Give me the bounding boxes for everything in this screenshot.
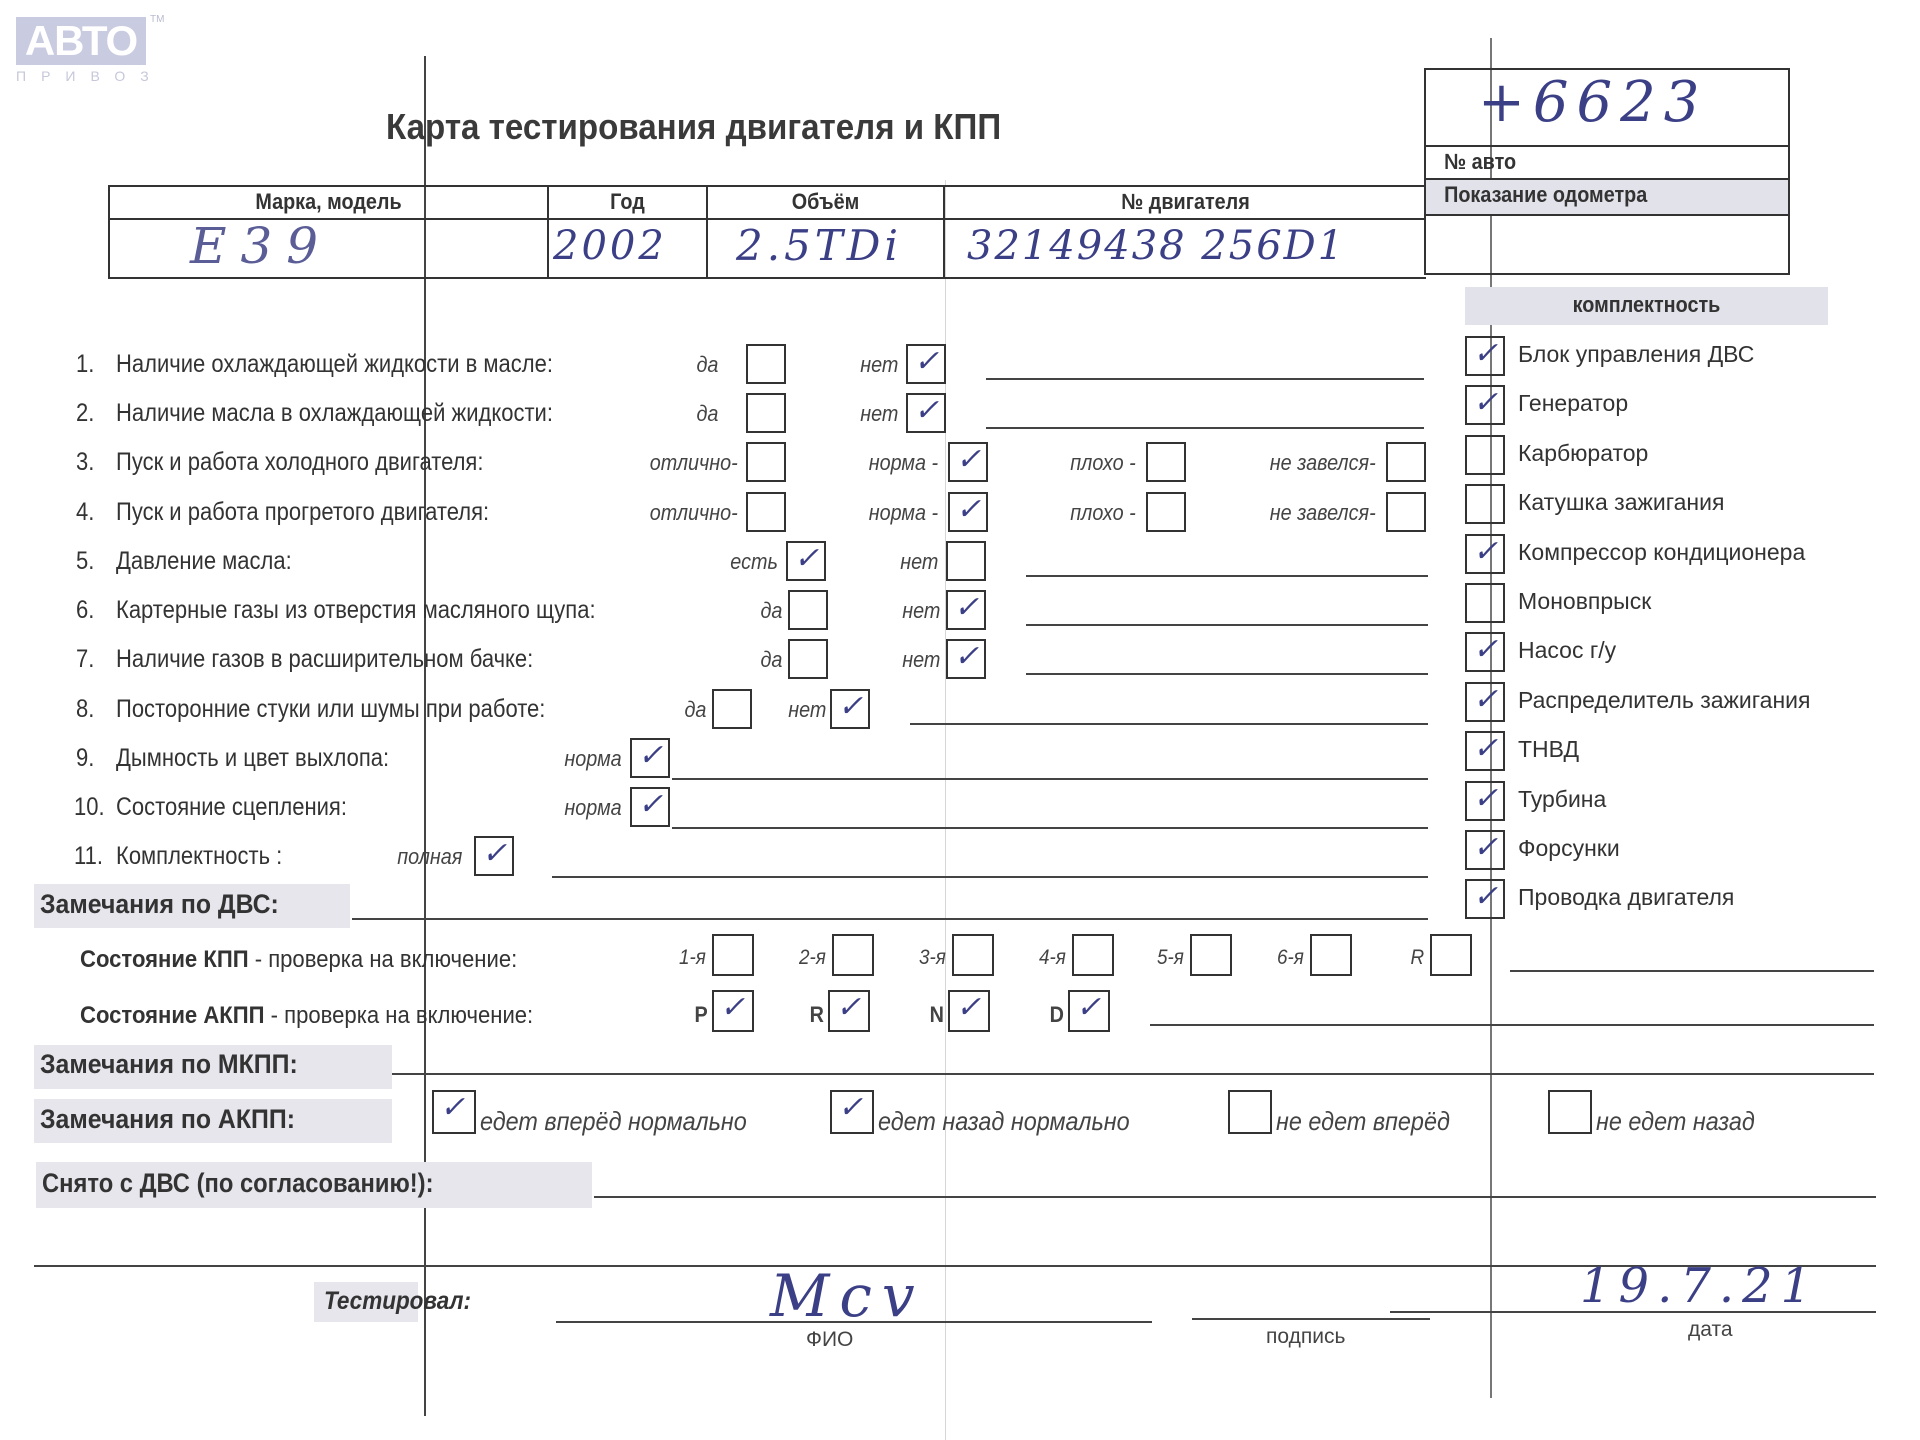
check-mark-icon: ✓ (1473, 534, 1498, 569)
option-checkbox[interactable]: ✓ (786, 541, 826, 581)
engine-remarks-label: Замечания по ДВС: (40, 889, 279, 920)
fio-label: ФИО (806, 1328, 853, 1352)
check-mark-icon: ✓ (1473, 731, 1498, 766)
make-model-value[interactable]: E39 (190, 217, 332, 275)
check-mark-icon: ✓ (638, 787, 663, 822)
gear-label: 3-я (919, 946, 946, 970)
manual-gearbox-label: Состояние КПП - проверка на включение: (80, 946, 517, 974)
check-mark-icon: ✓ (1473, 632, 1498, 667)
question-text: Состояние сцепления: (116, 793, 347, 822)
question-number: 2. (76, 399, 94, 428)
check-mark-icon: ✓ (482, 836, 507, 871)
check-mark-icon: ✓ (1473, 682, 1498, 717)
completeness-checkbox[interactable]: ✓ (1465, 879, 1505, 919)
completeness-checkbox[interactable]: ✓ (1465, 534, 1505, 574)
car-number-label: № авто (1444, 147, 1770, 177)
option-label: да (696, 352, 718, 378)
date-value: 19.7.21 (1580, 1258, 1819, 1314)
gear-label: R (1410, 946, 1424, 970)
odometer-label: Показание одометра (1444, 180, 1770, 210)
option-checkbox[interactable]: ✓ (630, 787, 670, 827)
gear-checkbox[interactable] (952, 934, 994, 976)
option-checkbox[interactable] (746, 344, 786, 384)
question-text: Давление масла: (116, 547, 292, 576)
akpp-remark-checkbox[interactable] (1228, 1090, 1272, 1134)
option-checkbox[interactable] (1386, 442, 1426, 482)
engine-number-value[interactable]: 32149438 256D1 (967, 223, 1345, 269)
vehicle-table: Марка, модель E39 Год 2002 Объём 2.5TDi … (108, 185, 1426, 279)
question-notes-field[interactable] (1026, 575, 1428, 577)
check-mark-icon: ✓ (914, 393, 939, 428)
logo: АВТО (16, 17, 146, 65)
question-text: Пуск и работа прогретого двигателя: (116, 498, 489, 527)
option-label: отлично- (650, 500, 738, 526)
fio-signature-value: Мсv (770, 1262, 925, 1330)
completeness-checkbox[interactable]: ✓ (1465, 830, 1505, 870)
option-label: да (760, 647, 782, 673)
option-label: норма - (869, 500, 938, 526)
option-label: есть (730, 549, 778, 575)
option-checkbox[interactable]: ✓ (946, 590, 986, 630)
gear-checkbox[interactable]: ✓ (712, 990, 754, 1032)
question-notes-field[interactable] (910, 723, 1428, 725)
question-text: Наличие масла в охлаждающей жидкости: (116, 399, 553, 428)
option-label: нет (902, 647, 940, 673)
question-notes-field[interactable] (552, 876, 1428, 878)
completeness-checkbox[interactable]: ✓ (1465, 336, 1505, 376)
check-mark-icon: ✓ (1473, 385, 1498, 420)
check-mark-icon: ✓ (838, 1090, 863, 1125)
gear-label: 5-я (1157, 946, 1184, 970)
option-checkbox[interactable]: ✓ (906, 344, 946, 384)
option-checkbox[interactable] (1146, 492, 1186, 532)
question-notes-field[interactable] (1026, 673, 1428, 675)
option-checkbox[interactable]: ✓ (948, 442, 988, 482)
removed-label: Снято с ДВС (по согласованию!): (42, 1168, 434, 1199)
option-checkbox[interactable]: ✓ (630, 738, 670, 778)
completeness-checkbox[interactable]: ✓ (1465, 781, 1505, 821)
check-mark-icon: ✓ (836, 990, 861, 1025)
completeness-title: комплектность (1483, 290, 1810, 320)
completeness-item-label: ТНВД (1518, 736, 1579, 763)
auto-gearbox-label: Состояние АКПП - проверка на включение: (80, 1002, 533, 1030)
completeness-checkbox[interactable]: ✓ (1465, 731, 1505, 771)
option-checkbox[interactable] (712, 689, 752, 729)
completeness-item-label: Моновпрыск (1518, 588, 1651, 615)
gear-label: 6-я (1277, 946, 1304, 970)
gear-label: 4-я (1039, 946, 1066, 970)
completeness-checkbox[interactable] (1465, 583, 1505, 623)
check-mark-icon: ✓ (838, 689, 863, 724)
engine-remarks-field[interactable] (352, 918, 1428, 920)
completeness-checkbox[interactable]: ✓ (1465, 385, 1505, 425)
completeness-item-label: Проводка двигателя (1518, 884, 1734, 911)
manual-gearbox-notes[interactable] (1510, 970, 1874, 972)
akpp-remark-checkbox[interactable]: ✓ (432, 1090, 476, 1134)
odometer-field[interactable] (1426, 214, 1788, 274)
tested-by-label: Тестировал: (324, 1287, 471, 1316)
mkpp-remarks-label: Замечания по МКПП: (40, 1049, 298, 1080)
check-mark-icon: ✓ (440, 1090, 465, 1125)
akpp-remark-label: едет назад нормально (878, 1106, 1130, 1137)
gear-checkbox[interactable]: ✓ (828, 990, 870, 1032)
option-checkbox[interactable] (746, 492, 786, 532)
question-number: 3. (76, 448, 94, 477)
question-number: 5. (76, 547, 94, 576)
question-text: Наличие газов в расширительном бачке: (116, 645, 533, 674)
question-number: 4. (76, 498, 94, 527)
check-mark-icon: ✓ (1473, 781, 1498, 816)
logo-trademark: TM (150, 14, 164, 25)
akpp-remark-checkbox[interactable]: ✓ (830, 1090, 874, 1134)
question-number: 7. (76, 645, 94, 674)
question-text: Дымность и цвет выхлопа: (116, 744, 389, 773)
completeness-item-label: Карбюратор (1518, 440, 1648, 467)
akpp-remarks-label: Замечания по АКПП: (40, 1104, 295, 1135)
completeness-checkbox[interactable]: ✓ (1465, 632, 1505, 672)
option-label: норма - (869, 450, 938, 476)
question-notes-field[interactable] (986, 378, 1424, 380)
col-engine-number: № двигателя 32149438 256D1 (945, 187, 1426, 277)
check-mark-icon: ✓ (720, 990, 745, 1025)
option-label: нет (860, 352, 898, 378)
check-mark-icon: ✓ (1076, 990, 1101, 1025)
gear-checkbox[interactable] (1310, 934, 1352, 976)
question-number: 8. (76, 695, 94, 724)
check-mark-icon: ✓ (1473, 879, 1498, 914)
option-label: не завелся- (1270, 500, 1376, 526)
check-mark-icon: ✓ (914, 344, 939, 379)
question-text: Наличие охлаждающей жидкости в масле: (116, 350, 553, 379)
option-checkbox[interactable] (788, 639, 828, 679)
completeness-item-label: Насос г/у (1518, 637, 1616, 664)
option-label: да (684, 697, 706, 723)
gear-label: R (810, 1002, 824, 1028)
option-checkbox[interactable]: ✓ (906, 393, 946, 433)
question-text: Пуск и работа холодного двигателя: (116, 448, 483, 477)
akpp-remark-label: едет вперёд нормально (480, 1106, 747, 1137)
col-volume: Объём 2.5TDi (708, 187, 945, 277)
gear-checkbox[interactable]: ✓ (948, 990, 990, 1032)
option-label: нет (788, 697, 826, 723)
gear-checkbox[interactable]: ✓ (1068, 990, 1110, 1032)
option-label: плохо - (1071, 450, 1136, 476)
completeness-checkbox[interactable] (1465, 435, 1505, 475)
option-checkbox[interactable]: ✓ (830, 689, 870, 729)
date-label: дата (1688, 1318, 1733, 1342)
col-year: Год 2002 (549, 187, 708, 277)
volume-value[interactable]: 2.5TDi (736, 221, 902, 270)
completeness-item-label: Катушка зажигания (1518, 489, 1724, 516)
completeness-item-label: Распределитель зажигания (1518, 687, 1810, 714)
check-mark-icon: ✓ (1473, 830, 1498, 865)
completeness-item-label: Компрессор кондиционера (1518, 539, 1805, 566)
page-title: Карта тестирования двигателя и КПП (386, 106, 1001, 148)
option-checkbox[interactable]: ✓ (946, 639, 986, 679)
car-number-value[interactable]: +6623 (1478, 70, 1707, 135)
option-label: нет (902, 598, 940, 624)
option-label: нет (900, 549, 938, 575)
gear-checkbox[interactable] (1072, 934, 1114, 976)
option-checkbox[interactable] (1146, 442, 1186, 482)
gear-label: 1-я (679, 946, 706, 970)
mkpp-remarks-field[interactable] (392, 1073, 1874, 1075)
check-mark-icon: ✓ (794, 541, 819, 576)
question-text: Картерные газы из отверстия масляного щу… (116, 596, 596, 625)
check-mark-icon: ✓ (956, 442, 981, 477)
question-number: 10. (74, 793, 105, 822)
col-make-model: Марка, модель E39 (110, 187, 549, 277)
gear-checkbox[interactable] (832, 934, 874, 976)
option-label: плохо - (1071, 500, 1136, 526)
check-mark-icon: ✓ (1473, 336, 1498, 371)
option-checkbox[interactable] (746, 393, 786, 433)
gear-label: N (930, 1002, 944, 1028)
question-number: 9. (76, 744, 94, 773)
question-notes-field[interactable] (986, 427, 1424, 429)
gear-label: 2-я (799, 946, 826, 970)
option-label: норма (565, 795, 622, 821)
option-label: да (760, 598, 782, 624)
akpp-remark-label: не едет назад (1596, 1106, 1755, 1137)
question-text: Посторонние стуки или шумы при работе: (116, 695, 545, 724)
gear-label: P (695, 1002, 708, 1028)
check-mark-icon: ✓ (638, 738, 663, 773)
completeness-item-label: Турбина (1518, 786, 1606, 813)
check-mark-icon: ✓ (956, 990, 981, 1025)
auto-gearbox-notes[interactable] (1150, 1024, 1874, 1026)
gear-label: D (1050, 1002, 1064, 1028)
car-number-box: +6623 № авто Показание одометра (1424, 68, 1790, 275)
gear-checkbox[interactable] (712, 934, 754, 976)
completeness-item-label: Блок управления ДВС (1518, 341, 1754, 368)
check-mark-icon: ✓ (956, 492, 981, 527)
option-checkbox[interactable] (1386, 492, 1426, 532)
option-checkbox[interactable] (946, 541, 986, 581)
question-number: 1. (76, 350, 94, 379)
question-notes-field[interactable] (672, 778, 1428, 780)
option-checkbox[interactable] (746, 442, 786, 482)
option-label: не завелся- (1270, 450, 1376, 476)
option-label: да (696, 401, 718, 427)
option-checkbox[interactable]: ✓ (948, 492, 988, 532)
completeness-checkbox[interactable]: ✓ (1465, 682, 1505, 722)
option-checkbox[interactable] (788, 590, 828, 630)
signature-label: подпись (1266, 1325, 1345, 1349)
signature-field[interactable] (1192, 1318, 1430, 1320)
option-label: отлично- (650, 450, 738, 476)
akpp-remark-checkbox[interactable] (1548, 1090, 1592, 1134)
completeness-item-label: Форсунки (1518, 835, 1620, 862)
check-mark-icon: ✓ (954, 590, 979, 625)
year-value[interactable]: 2002 (553, 223, 667, 269)
akpp-remark-label: не едет вперёд (1276, 1106, 1450, 1137)
question-text: Комплектность : (116, 842, 282, 871)
option-label: полная (397, 844, 462, 870)
completeness-item-label: Генератор (1518, 390, 1628, 417)
gear-checkbox[interactable] (1430, 934, 1472, 976)
gear-checkbox[interactable] (1190, 934, 1232, 976)
question-notes-field[interactable] (672, 827, 1428, 829)
option-label: норма (565, 746, 622, 772)
option-label: нет (860, 401, 898, 427)
logo-subtitle: ПРИВОЗ (16, 68, 164, 84)
completeness-checkbox[interactable] (1465, 484, 1505, 524)
check-mark-icon: ✓ (954, 639, 979, 674)
question-number: 6. (76, 596, 94, 625)
question-notes-field[interactable] (1026, 624, 1428, 626)
removed-field[interactable] (594, 1196, 1876, 1198)
option-checkbox[interactable]: ✓ (474, 836, 514, 876)
question-number: 11. (74, 842, 103, 871)
